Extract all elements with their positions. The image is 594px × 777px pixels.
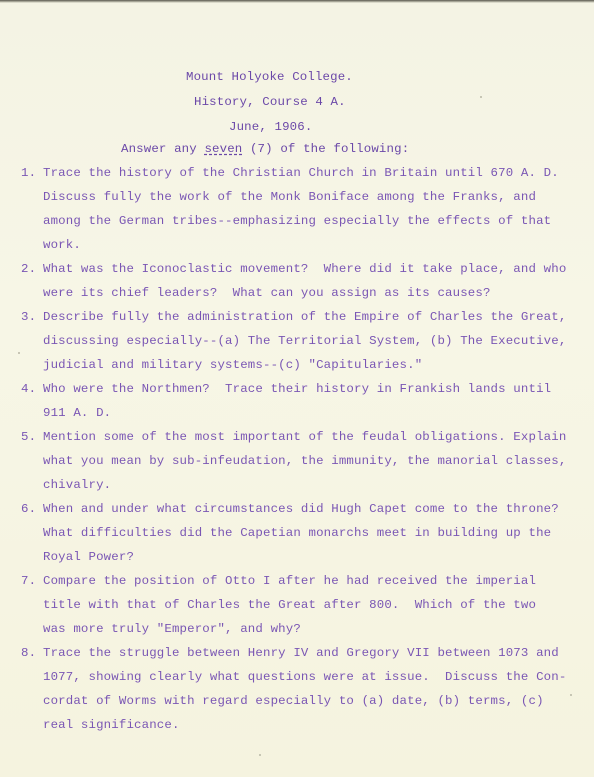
question-line: was more truly "Emperor", and why? xyxy=(43,622,301,636)
course-heading: History, Course 4 A. xyxy=(194,95,346,109)
question-line: Trace the struggle between Henry IV and … xyxy=(43,646,559,660)
question-number: 3. xyxy=(21,310,36,324)
question-number: 6. xyxy=(21,502,36,516)
institution-heading: Mount Holyoke College. xyxy=(186,70,353,84)
paper-speck xyxy=(18,352,20,354)
instruction-prefix: Answer any xyxy=(121,142,204,156)
question-line: 1077, showing clearly what questions wer… xyxy=(43,670,566,684)
question-line: chivalry. xyxy=(43,478,111,492)
instructions: Answer any seven (7) of the following: xyxy=(121,142,409,156)
question-line: Discuss fully the work of the Monk Bonif… xyxy=(43,190,536,204)
question-line: What was the Iconoclastic movement? Wher… xyxy=(43,262,566,276)
question-number: 1. xyxy=(21,166,36,180)
question-line: 911 A. D. xyxy=(43,406,111,420)
question-line: judicial and military systems--(c) "Capi… xyxy=(43,358,422,372)
question-line: among the German tribes--emphasizing esp… xyxy=(43,214,551,228)
question-line: Compare the position of Otto I after he … xyxy=(43,574,536,588)
question-line: What difficulties did the Capetian monar… xyxy=(43,526,551,540)
exam-paper: Mount Holyoke College. History, Course 4… xyxy=(0,0,594,777)
question-line: work. xyxy=(43,238,81,252)
question-line: real significance. xyxy=(43,718,180,732)
exam-date: June, 1906. xyxy=(229,120,312,134)
question-line: what you mean by sub-infeudation, the im… xyxy=(43,454,566,468)
question-line: cordat of Worms with regard especially t… xyxy=(43,694,544,708)
question-number: 4. xyxy=(21,382,36,396)
instruction-emphasis: seven xyxy=(204,142,242,156)
question-line: Who were the Northmen? Trace their histo… xyxy=(43,382,551,396)
question-number: 5. xyxy=(21,430,36,444)
question-line: When and under what circumstances did Hu… xyxy=(43,502,559,516)
question-line: Royal Power? xyxy=(43,550,134,564)
question-line: Trace the history of the Christian Churc… xyxy=(43,166,559,180)
instruction-suffix: (7) of the following: xyxy=(242,142,409,156)
question-line: were its chief leaders? What can you ass… xyxy=(43,286,491,300)
paper-speck xyxy=(480,96,482,98)
question-number: 2. xyxy=(21,262,36,276)
question-number: 7. xyxy=(21,574,36,588)
question-line: Mention some of the most important of th… xyxy=(43,430,566,444)
question-line: discussing especially--(a) The Territori… xyxy=(43,334,566,348)
question-number: 8. xyxy=(21,646,36,660)
question-line: Describe fully the administration of the… xyxy=(43,310,566,324)
paper-speck xyxy=(259,754,261,756)
paper-speck xyxy=(570,694,572,696)
question-line: title with that of Charles the Great aft… xyxy=(43,598,536,612)
